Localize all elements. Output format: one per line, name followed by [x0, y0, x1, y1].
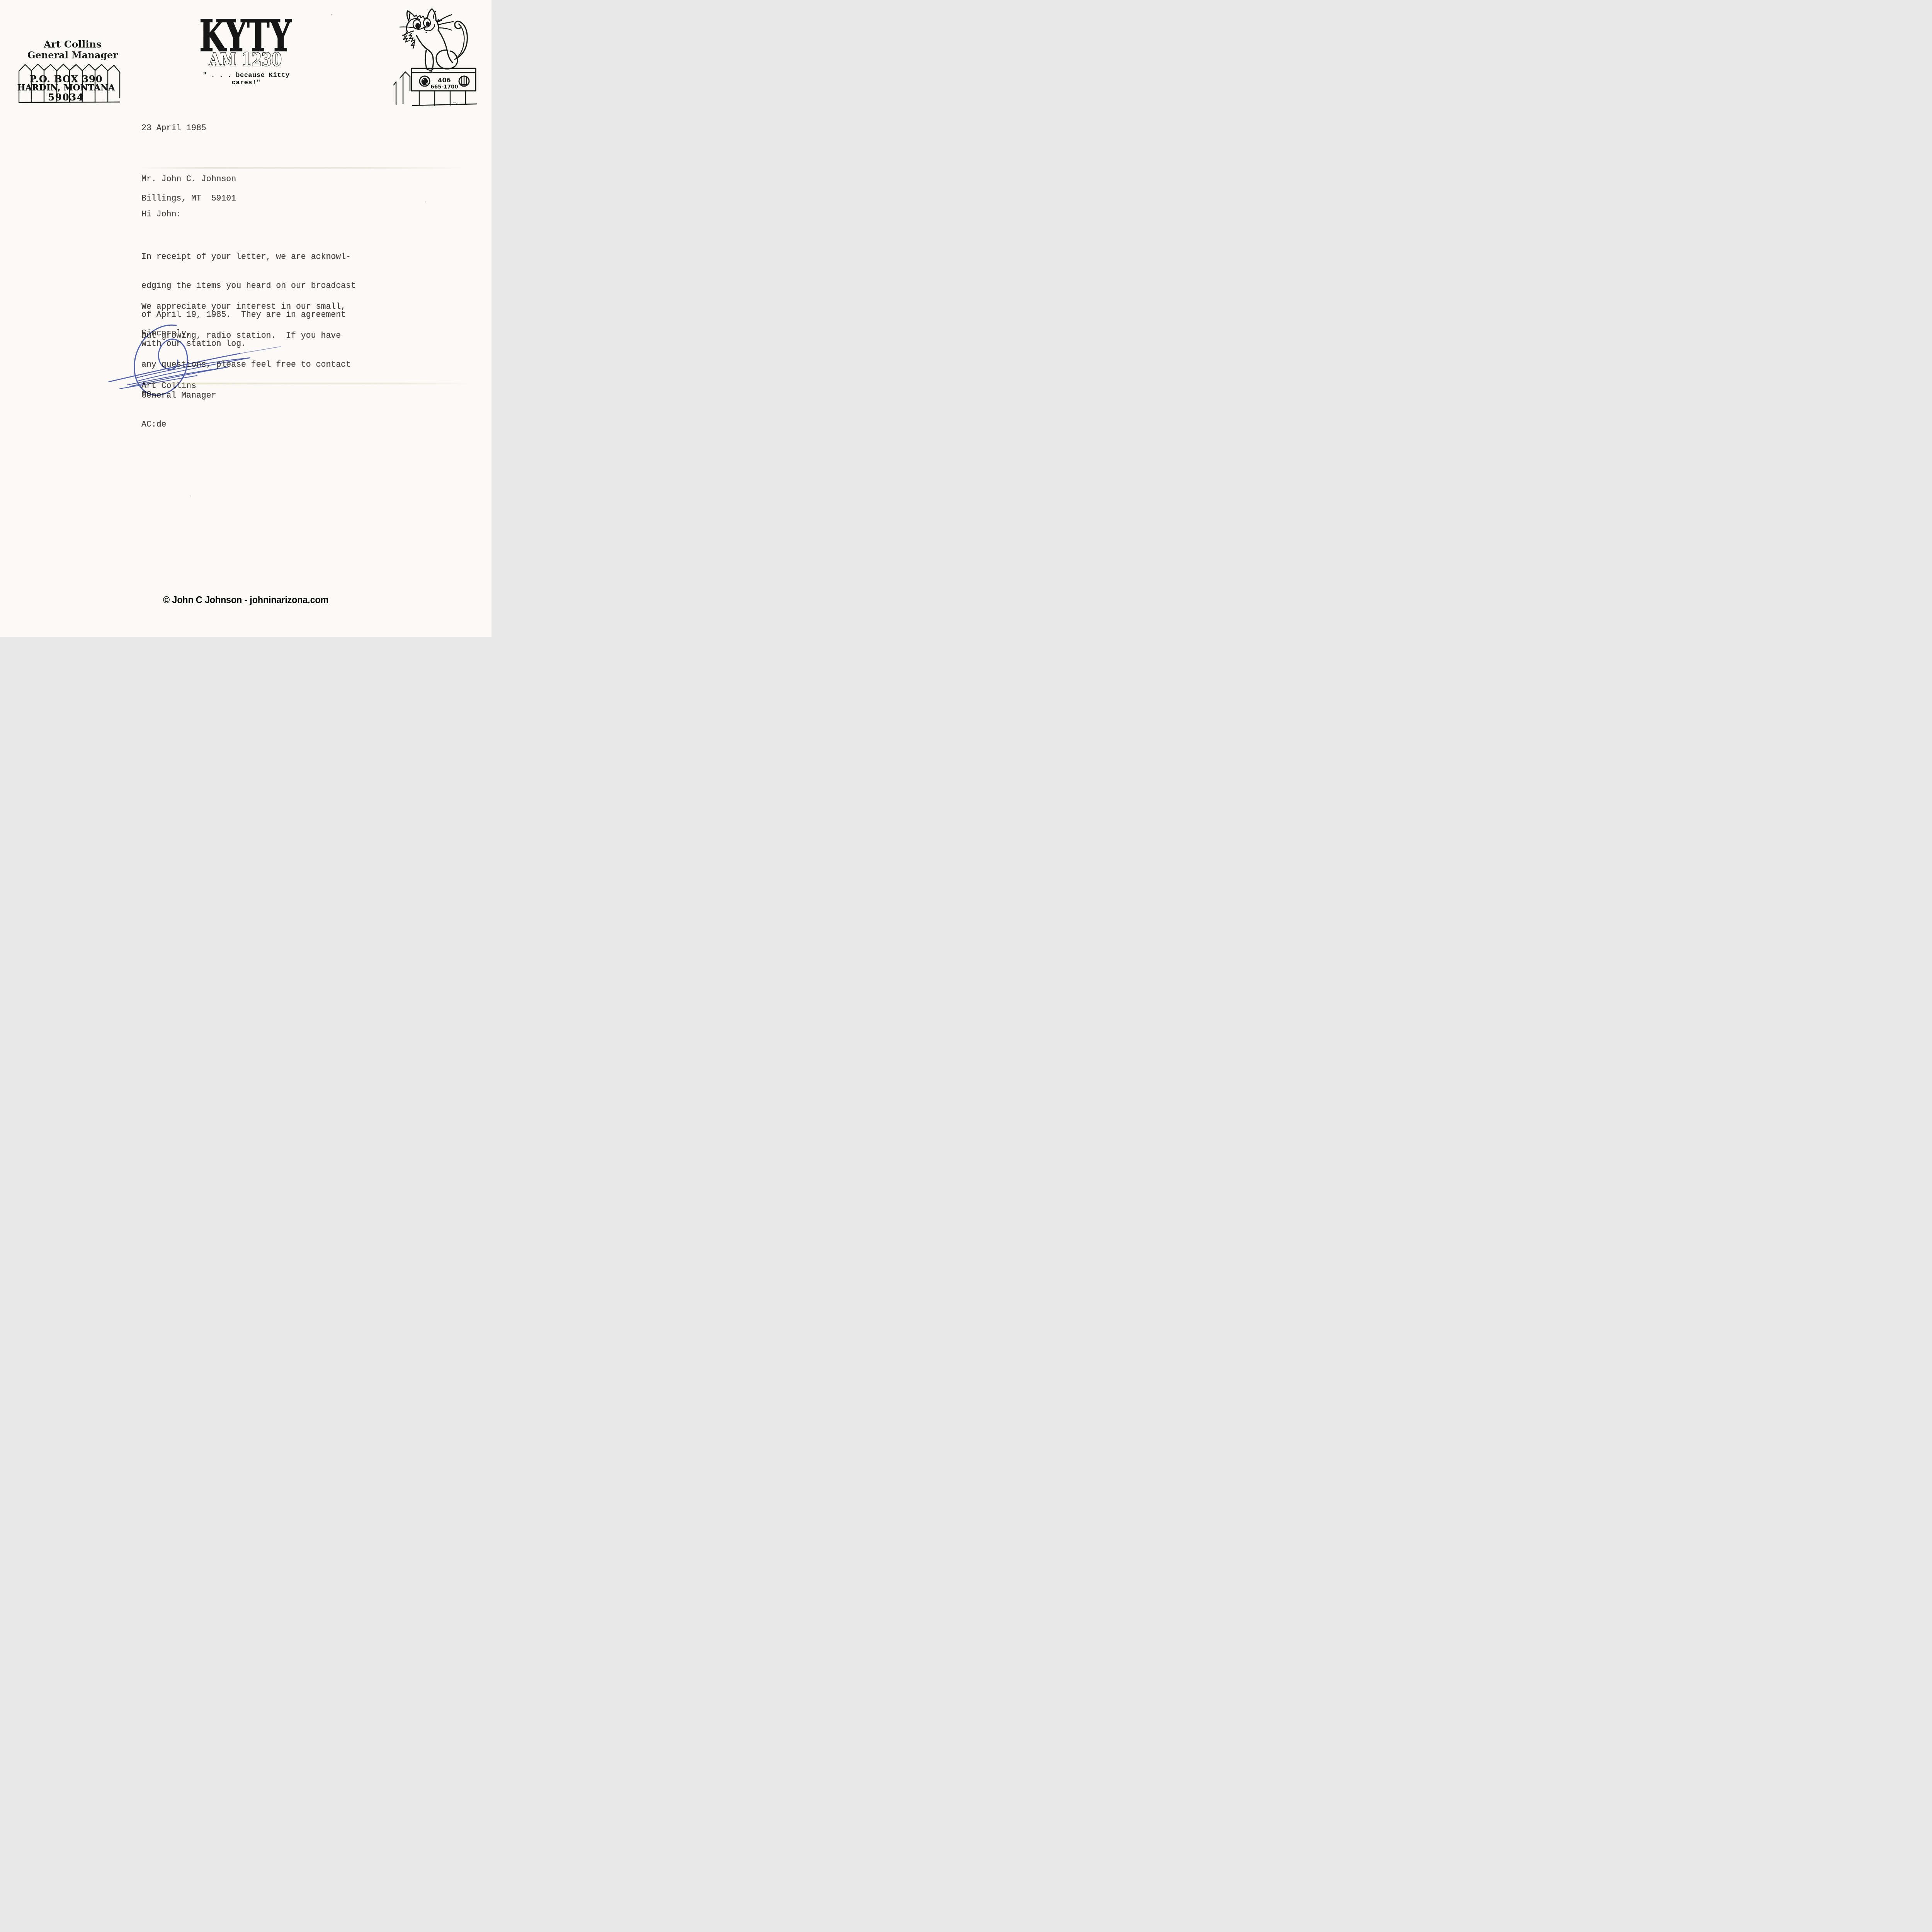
scan-speck — [331, 14, 332, 15]
letterhead-manager-title: General Manager — [15, 49, 130, 61]
letter-date: 23 April 1985 — [141, 124, 206, 133]
scanned-letter-page: Art Collins General Manager P.O. BOX 390… — [0, 0, 492, 637]
paragraph-1-line: In receipt of your letter, we are acknow… — [141, 252, 356, 262]
scan-speck — [190, 495, 191, 497]
footer-credit: © John C Johnson - johninarizona.com — [163, 594, 328, 606]
salutation: Hi John: — [141, 210, 181, 219]
station-slogan: " . . . because Kitty cares!" — [186, 72, 306, 87]
scan-streak — [138, 167, 471, 168]
letterhead-manager-name: Art Collins — [15, 39, 130, 50]
paragraph-2-line: We appreciate your interest in our small… — [141, 302, 351, 312]
scan-speck — [425, 201, 426, 202]
letterhead-zip: 59034 — [15, 92, 117, 103]
recipient-name: Mr. John C. Johnson — [141, 175, 236, 184]
typist-reference: AC:de — [141, 420, 167, 430]
phone-number: 665-1700 — [430, 84, 458, 90]
recipient-city: Billings, MT 59101 — [141, 194, 236, 204]
phone-area-code: 406 — [438, 77, 451, 84]
station-frequency: AM 1230 — [209, 49, 282, 70]
kitty-on-radio-icon: 406 665-1700 — [392, 8, 483, 110]
handwritten-signature — [93, 319, 294, 404]
